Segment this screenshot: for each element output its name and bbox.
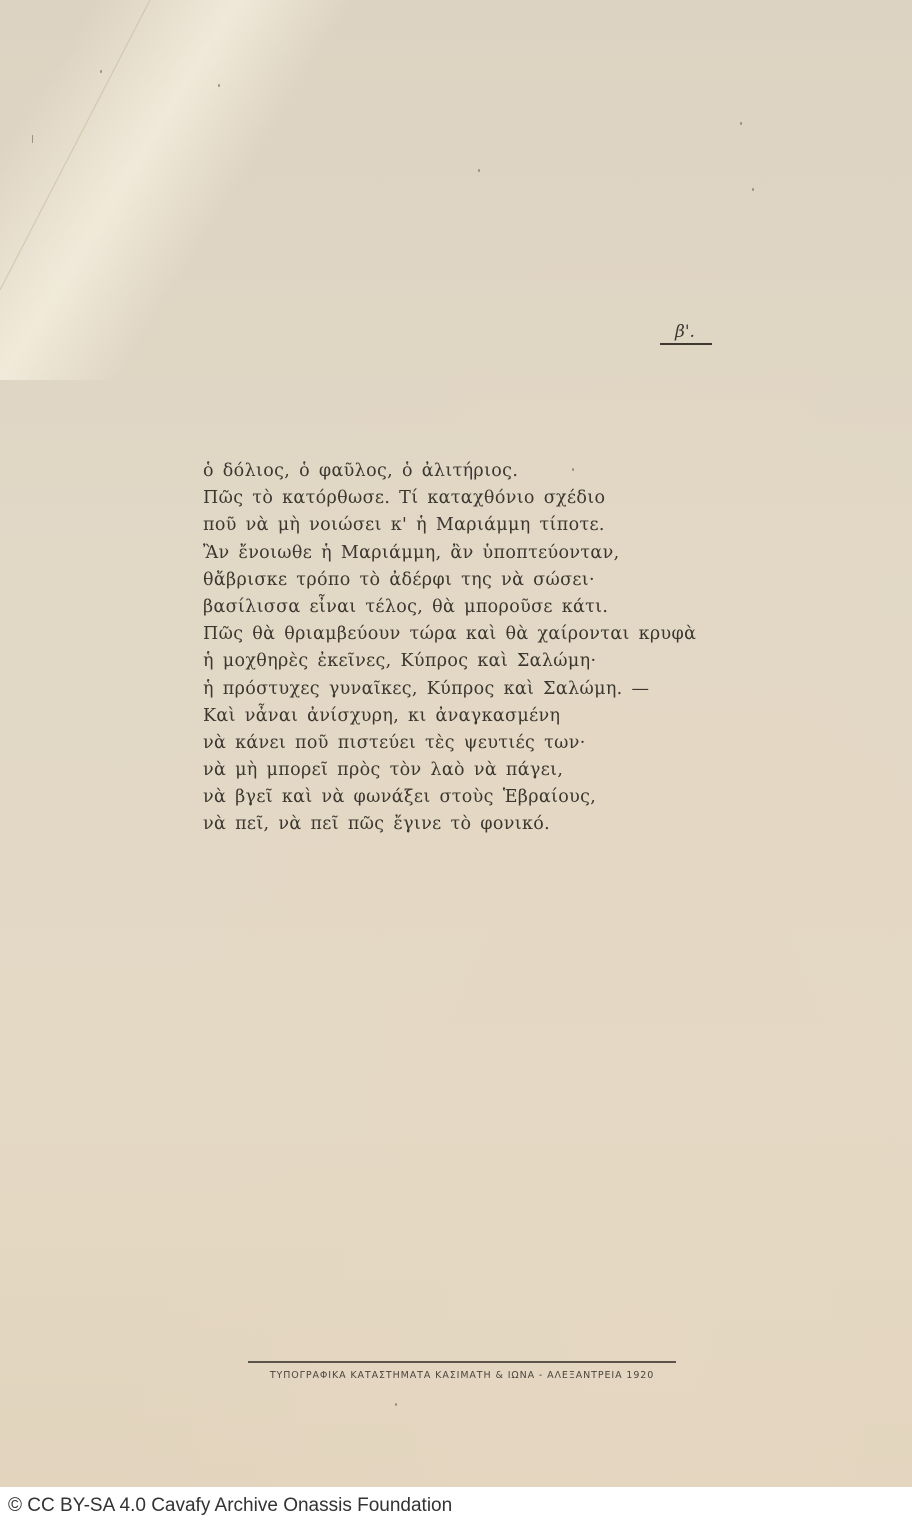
page-marker-rule bbox=[660, 343, 712, 345]
paper-speck bbox=[752, 188, 754, 191]
page-fold-highlight bbox=[0, 0, 380, 380]
poem-line: ποῦ νὰ μὴ νοιώσει κ' ἡ Μαριάμμη τίποτε. bbox=[203, 512, 696, 539]
poem-line: Ἂν ἔνοιωθε ἡ Μαριάμμη, ἂν ὑποπτεύονταν, bbox=[203, 540, 696, 567]
poem-line: νὰ βγεῖ καὶ νὰ φωνάξει στοὺς Ἑβραίους, bbox=[203, 784, 696, 811]
page-marker: β'. bbox=[660, 322, 710, 342]
poem-line: ἡ πρόστυχες γυναῖκες, Κύπρος καὶ Σαλώμη.… bbox=[203, 676, 696, 703]
scanned-page: β'. ὁ δόλιος, ὁ φαῦλος, ὁ ἀλιτήριος. Πῶς… bbox=[0, 0, 912, 1487]
poem-line: νὰ πεῖ, νὰ πεῖ πῶς ἔγινε τὸ φονικό. bbox=[203, 811, 696, 838]
paper-speck bbox=[100, 70, 102, 73]
printer-imprint: ΤΥΠΟΓΡΑΦΙΚΑ ΚΑΤΑΣΤΗΜΑΤΑ ΚΑΣΙΜΑΤΗ & ΙΩΝΑ … bbox=[248, 1370, 676, 1381]
paper-speck bbox=[218, 84, 220, 87]
paper-speck bbox=[32, 135, 33, 143]
poem-text: ὁ δόλιος, ὁ φαῦλος, ὁ ἀλιτήριος. Πῶς τὸ … bbox=[203, 458, 696, 839]
paper-speck bbox=[478, 169, 480, 172]
imprint-rule bbox=[248, 1361, 676, 1363]
paper-speck bbox=[395, 1403, 397, 1406]
poem-line: νὰ μὴ μπορεῖ πρὸς τὸν λαὸ νὰ πάγει, bbox=[203, 757, 696, 784]
copyright-watermark: © CC BY-SA 4.0 Cavafy Archive Onassis Fo… bbox=[8, 1495, 452, 1517]
poem-line: Πῶς θὰ θριαμβεύουν τώρα καὶ θὰ χαίρονται… bbox=[203, 621, 696, 648]
paper-speck bbox=[740, 122, 742, 125]
poem-line: θἄβρισκε τρόπο τὸ ἀδέρφι της νὰ σώσει· bbox=[203, 567, 696, 594]
poem-line: ἡ μοχθηρὲς ἐκεῖνες, Κύπρος καὶ Σαλώμη· bbox=[203, 648, 696, 675]
poem-line: νὰ κάνει ποῦ πιστεύει τὲς ψευτιές των· bbox=[203, 730, 696, 757]
poem-line: ὁ δόλιος, ὁ φαῦλος, ὁ ἀλιτήριος. bbox=[203, 458, 696, 485]
poem-line: βασίλισσα εἶναι τέλος, θὰ μποροῦσε κάτι. bbox=[203, 594, 696, 621]
poem-line: Καὶ νἆναι ἀνίσχυρη, κι ἀναγκασμένη bbox=[203, 703, 696, 730]
poem-line: Πῶς τὸ κατόρθωσε. Τί καταχθόνιο σχέδιο bbox=[203, 485, 696, 512]
